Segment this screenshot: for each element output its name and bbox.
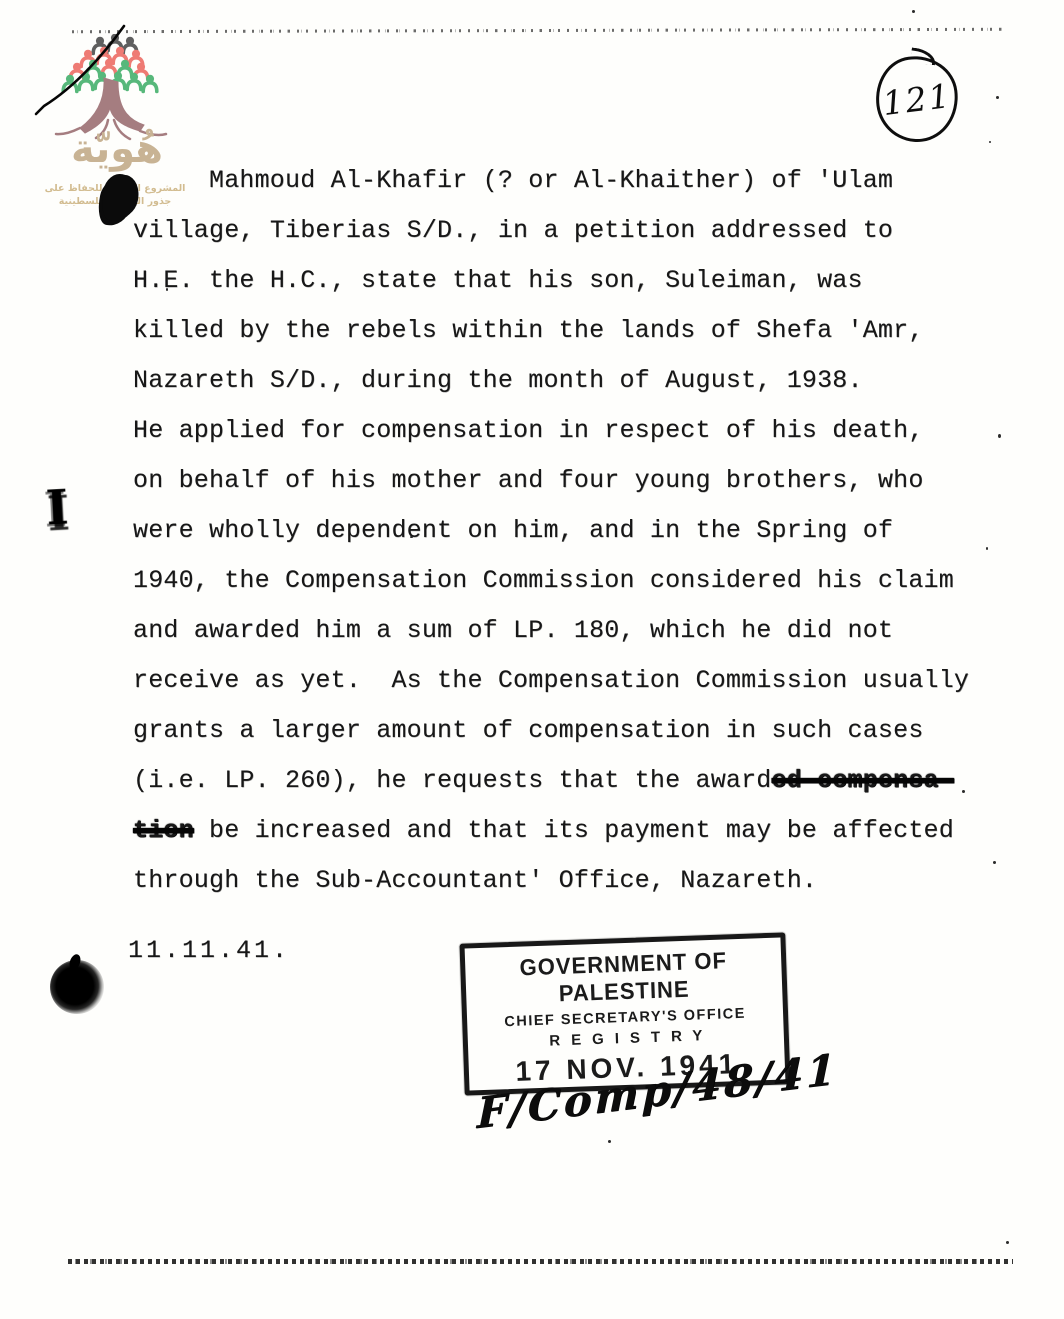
scan-speck bbox=[962, 790, 965, 793]
body-text-segment: were wholly dependent on him, and in the… bbox=[133, 516, 893, 545]
body-line: and awarded him a sum of LP. 180, which … bbox=[133, 606, 978, 656]
folio-number: 121 bbox=[880, 75, 953, 122]
scan-speck bbox=[989, 141, 991, 143]
scan-speck bbox=[608, 1140, 611, 1143]
body-line: through the Sub-Accountant' Office, Naza… bbox=[133, 856, 978, 906]
body-text-segment: and awarded him a sum of LP. 180, which … bbox=[133, 616, 893, 645]
struck-text: ed compensa- bbox=[772, 766, 954, 795]
body-line: were wholly dependent on him, and in the… bbox=[133, 506, 978, 556]
body-line: He applied for compensation in respect o… bbox=[133, 406, 978, 456]
body-line: (i.e. LP. 260), he requests that the awa… bbox=[133, 756, 978, 806]
body-text-segment: 1940, the Compensation Commission consid… bbox=[133, 566, 954, 595]
body-text-segment: Mahmoud Al-Khafir (? or Al-Khaither) of … bbox=[209, 166, 893, 195]
body-text-segment: receive as yet. As the Compensation Comm… bbox=[133, 666, 969, 695]
body-text-segment: killed by the rebels within the lands of… bbox=[133, 316, 924, 345]
body-line: village, Tiberias S/D., in a petition ad… bbox=[133, 206, 978, 256]
body-text-segment: be increased and that its payment may be… bbox=[194, 816, 954, 845]
scan-speck bbox=[166, 288, 168, 291]
registry-stamp: GOVERNMENT OF PALESTINE CHIEF SECRETARY'… bbox=[459, 932, 790, 1095]
body-text-segment: H.E. the H.C., state that his son, Sulei… bbox=[133, 266, 863, 295]
body-text-segment: Nazareth S/D., during the month of Augus… bbox=[133, 366, 863, 395]
body-line: Nazareth S/D., during the month of Augus… bbox=[133, 356, 978, 406]
body-line: grants a larger amount of compensation i… bbox=[133, 706, 978, 756]
body-text-segment: through the Sub-Accountant' Office, Naza… bbox=[133, 866, 817, 895]
body-line: killed by the rebels within the lands of… bbox=[133, 306, 978, 356]
body-line: tion be increased and that its payment m… bbox=[133, 806, 978, 856]
scan-speck bbox=[410, 536, 413, 538]
scan-speck bbox=[998, 434, 1001, 438]
body-line: 1940, the Compensation Commission consid… bbox=[133, 556, 978, 606]
scanned-document-page: هُويّة المشروع الوطني للحفاظ على جذور ال… bbox=[0, 0, 1064, 1319]
scan-speck bbox=[986, 547, 988, 550]
struck-text: tion bbox=[133, 816, 194, 845]
body-line: H.E. the H.C., state that his son, Sulei… bbox=[133, 256, 978, 306]
margin-ink-mark: I bbox=[45, 479, 70, 536]
scan-speck bbox=[912, 10, 915, 13]
stamp-government-line: GOVERNMENT OF PALESTINE bbox=[465, 945, 783, 1011]
body-text-segment: (i.e. LP. 260), he requests that the awa… bbox=[133, 766, 772, 795]
body-text-segment: grants a larger amount of compensation i… bbox=[133, 716, 924, 745]
folio-number-circle: 121 bbox=[871, 51, 963, 146]
body-text-segment: He applied for compensation in respect o… bbox=[133, 416, 924, 445]
body-text-segment: on behalf of his mother and four young b… bbox=[133, 466, 924, 495]
scan-speck bbox=[996, 96, 999, 99]
body-text-segment: village, Tiberias S/D., in a petition ad… bbox=[133, 216, 893, 245]
document-date: 11.11.41. bbox=[128, 936, 290, 965]
scan-edge-artifact-bottom bbox=[68, 1259, 1013, 1264]
scan-edge-artifact-top bbox=[72, 28, 1007, 33]
typewritten-body: Mahmoud Al-Khafir (? or Al-Khaither) of … bbox=[133, 156, 978, 906]
body-line: Mahmoud Al-Khafir (? or Al-Khaither) of … bbox=[133, 156, 978, 206]
margin-ink-blot bbox=[50, 960, 104, 1014]
body-line: on behalf of his mother and four young b… bbox=[133, 456, 978, 506]
scan-speck bbox=[993, 861, 996, 864]
scan-speck bbox=[1006, 1241, 1009, 1244]
scan-speck bbox=[744, 428, 747, 431]
pen-stroke-mark bbox=[30, 24, 130, 124]
body-line: receive as yet. As the Compensation Comm… bbox=[133, 656, 978, 706]
